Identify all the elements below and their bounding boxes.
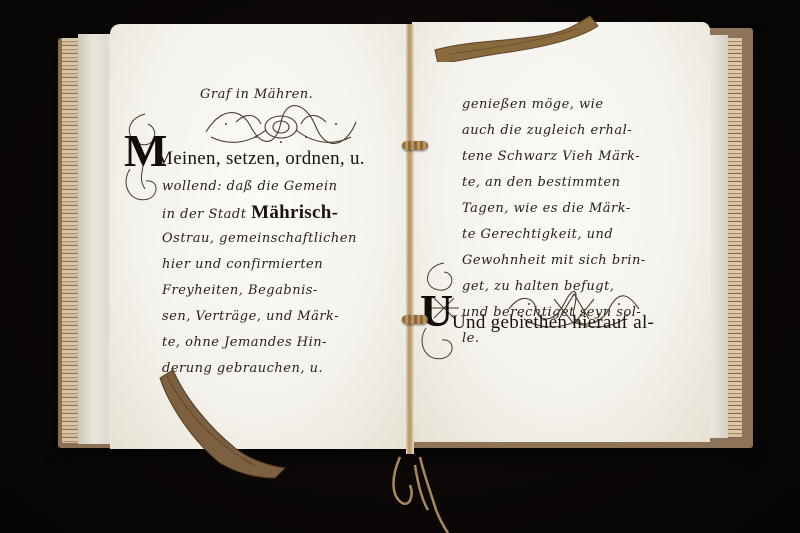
text-line: sen, Verträge, und Märk-: [162, 304, 339, 330]
binding-string-ties: [380, 455, 460, 533]
text-line: Ostrau, gemeinschaftlichen: [162, 226, 357, 252]
page-heading: Meinen, setzen, ordnen, u.: [156, 148, 365, 170]
text-line: te, an den bestimmten: [462, 170, 620, 196]
text-line: Gewohnheit mit sich brin-: [462, 248, 646, 274]
text-line: te, ohne Jemandes Hin-: [162, 330, 327, 356]
drop-initial-u: U: [420, 284, 453, 337]
text-line: Freyheiten, Begabnis-: [162, 278, 318, 304]
text-line: tene Schwarz Vieh Märk-: [462, 144, 640, 170]
page-heading: Und gebiethen hierauf al-: [452, 312, 654, 334]
text-line: genießen möge, wie: [462, 92, 604, 118]
page-edge-left: [62, 38, 79, 443]
text-line: in der Stadt Mährisch-: [162, 200, 338, 228]
text-line: te Gerechtigkeit, und: [462, 222, 613, 248]
binding-cord-upper: [402, 141, 428, 150]
binding-cord-lower: [402, 315, 428, 324]
book-spine-gutter: [406, 24, 414, 454]
text-line: hier und confirmierten: [162, 252, 323, 278]
text-line: wollend: daß die Gemein: [162, 174, 338, 200]
text-line: Tagen, wie es die Märk-: [462, 196, 631, 222]
bookmark-ribbon-bottom: [155, 368, 295, 483]
text-line: auch die zugleich erhal-: [462, 118, 632, 144]
bookmark-ribbon-top: [430, 12, 600, 62]
calligraphic-flourish-icon: [196, 102, 366, 152]
page-stack-right: [708, 35, 728, 438]
right-page: genießen möge, wie auch die zugleich erh…: [412, 22, 710, 442]
